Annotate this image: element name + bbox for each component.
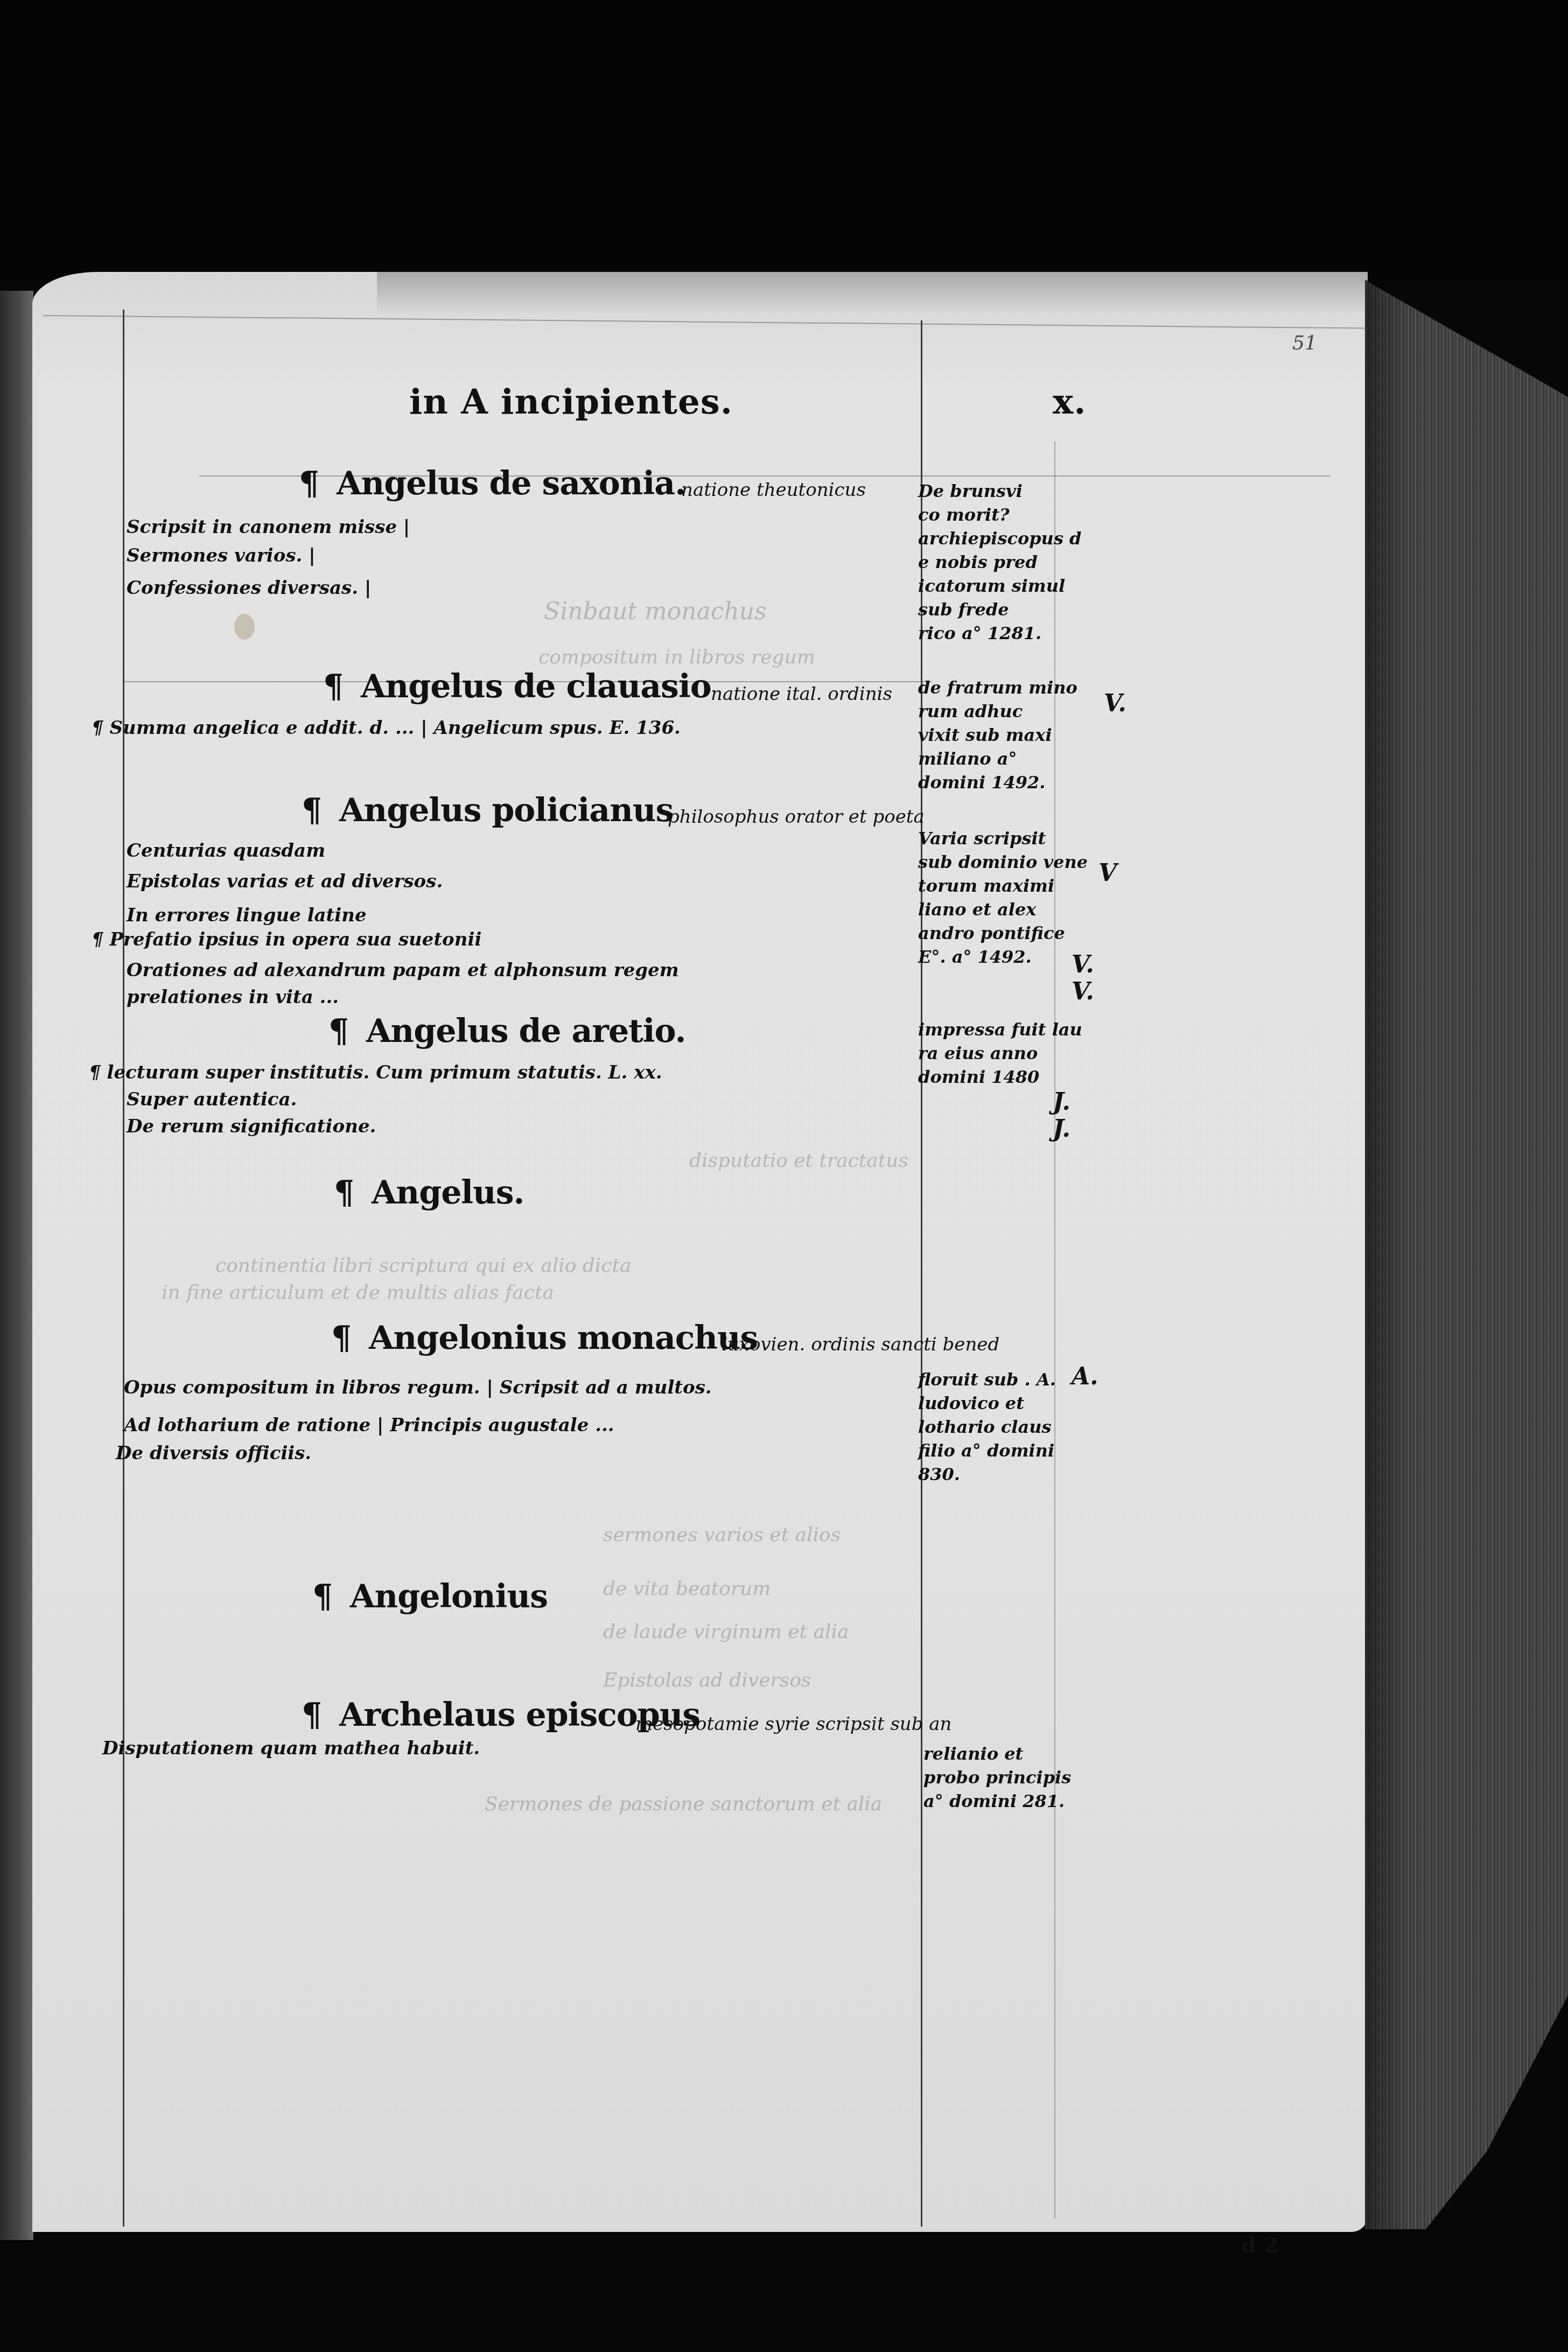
bleed-through-text: Sinbaut monachus <box>544 598 767 625</box>
paragraph-mark-icon: ¶ <box>302 1699 322 1731</box>
entry-heading: Angelus de aretio. <box>366 1015 685 1047</box>
dark-background-bottom <box>0 2229 1568 2352</box>
side-note: De brunsvi co morit? archiepiscopus d e … <box>918 479 1081 645</box>
entry-heading: Angelus de clauasio <box>361 670 711 703</box>
margin-mark: V. <box>1072 980 1094 1004</box>
margin-mark: V. <box>1072 953 1094 977</box>
dark-background-top <box>0 0 1568 280</box>
signature-mark: d 2 <box>1241 2235 1279 2256</box>
work-line: Opus compositum in libros regum. | Scrip… <box>124 1378 712 1397</box>
entry-heading: Angelus policianus <box>339 794 673 827</box>
margin-mark: J. <box>1053 1090 1070 1114</box>
bleed-through-text: Epistolas ad diversos <box>603 1669 811 1691</box>
entry-heading-note: natione ital. ordinis <box>711 685 892 703</box>
left-margin-rule <box>123 310 124 2227</box>
side-note: de fratrum mino rum adhuc vixit sub maxi… <box>918 676 1077 794</box>
paragraph-mark-icon: ¶ <box>334 1177 354 1209</box>
paragraph-mark-icon: ¶ <box>328 1015 349 1047</box>
page-top-stain <box>377 272 1368 315</box>
entry-heading-note: luxovien. ordinis sancti bened <box>722 1335 999 1354</box>
margin-mark: A. <box>1072 1365 1098 1389</box>
work-line: De diversis officiis. <box>116 1444 311 1462</box>
entry-heading: Angelus de saxonia. <box>337 467 685 500</box>
entry-heading-note: mesopotamie syrie scripsit sub an <box>635 1715 951 1733</box>
work-line: Ad lotharium de ratione | Principis augu… <box>124 1416 614 1434</box>
work-line: Epistolas varias et ad diversos. <box>127 872 443 891</box>
paragraph-mark-icon: ¶ <box>331 1322 352 1354</box>
work-line: De rerum significatione. <box>127 1117 376 1136</box>
margin-mark: V. <box>1104 692 1126 716</box>
work-line: Confessiones diversas. | <box>127 579 371 597</box>
work-line: Super autentica. <box>127 1090 297 1109</box>
work-line: Sermones varios. | <box>127 547 316 565</box>
entry-heading-note: natione theutonicus <box>681 481 866 499</box>
bleed-through-text: compositum in libros regum <box>538 646 815 668</box>
margin-mark: V <box>1098 862 1117 885</box>
work-line: Orationes ad alexandrum papam et alphons… <box>127 961 679 979</box>
work-line: ¶ Prefatio ipsius in opera sua suetonii <box>92 930 481 949</box>
left-page-edge <box>0 291 33 2240</box>
paragraph-mark-icon: ¶ <box>299 467 319 500</box>
bleed-through-text: sermones varios et alios <box>603 1524 841 1546</box>
side-note: Varia scripsit sub dominio vene torum ma… <box>918 827 1088 969</box>
entry-heading: Angelus. <box>372 1177 524 1209</box>
bleed-through-text: de laude virginum et alia <box>603 1621 849 1643</box>
work-line: ¶ lecturam super institutis. Cum primum … <box>89 1063 662 1082</box>
paragraph-mark-icon: ¶ <box>312 1580 333 1613</box>
entry-heading-note: philosophus orator et poeta <box>668 808 925 826</box>
margin-mark: J. <box>1053 1117 1070 1141</box>
work-line: In errores lingue latine <box>127 906 367 925</box>
side-note: floruit sub . A. ludovico et lothario cl… <box>918 1368 1056 1486</box>
work-line: prelationes in vita ... <box>127 988 339 1006</box>
folio-number: 51 <box>1292 334 1317 353</box>
bleed-through-text: de vita beatorum <box>603 1578 771 1600</box>
side-note: relianio et probo principis a° domini 28… <box>923 1742 1071 1813</box>
paragraph-mark-icon: ¶ <box>302 794 322 827</box>
fore-edge-shadow <box>1365 280 1408 2229</box>
running-title: in A incipientes. <box>409 385 733 419</box>
section-letter: x. <box>1053 385 1086 419</box>
work-line: Centurias quasdam <box>127 842 325 860</box>
entry-heading: Angelonius monachus <box>369 1322 758 1354</box>
bleed-through-text: in fine articulum et de multis alias fac… <box>162 1282 554 1304</box>
entry-heading: Angelonius <box>350 1580 548 1613</box>
work-line: Scripsit in canonem misse | <box>127 518 410 536</box>
bleed-through-text: Sermones de passione sanctorum et alia <box>485 1793 882 1815</box>
work-line: ¶ Summa angelica e addit. d. ... | Angel… <box>92 719 681 737</box>
bleed-through-text: continentia libri scriptura qui ex alio … <box>215 1255 631 1277</box>
paragraph-mark-icon: ¶ <box>323 670 344 703</box>
side-note: impressa fuit lau ra eius anno domini 14… <box>918 1018 1082 1089</box>
work-line: Disputationem quam mathea habuit. <box>102 1739 480 1758</box>
bleed-through-text: disputatio et tractatus <box>689 1150 908 1172</box>
paper-stain <box>234 614 255 640</box>
